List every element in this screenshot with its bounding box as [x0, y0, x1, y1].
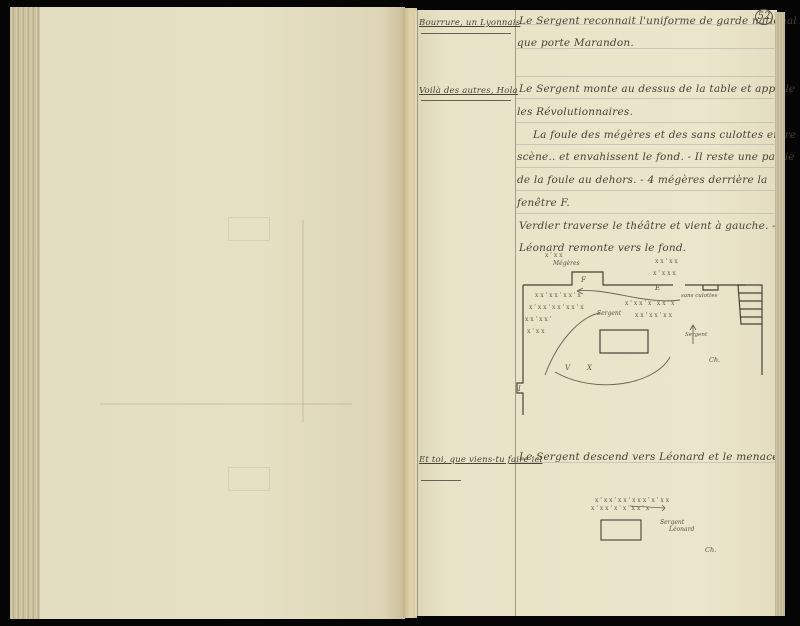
- svg-text:Léonard: Léonard: [668, 526, 694, 533]
- show-through-mark: [228, 217, 270, 241]
- svg-text:I: I: [517, 385, 521, 393]
- svg-text:x ' x x ' x x ' x x x ' x ' x: x ' x x ' x x ' x x x ' x ' x x: [595, 497, 670, 504]
- svg-text:x ' x x ' x x ' x x ' x: x ' x x ' x x ' x x ' x: [529, 304, 584, 311]
- svg-text:x ' x x x: x ' x x x: [653, 270, 676, 277]
- svg-text:Ch.: Ch.: [705, 546, 716, 554]
- svg-text:E: E: [654, 284, 660, 292]
- stage-plan-diagram: Mégères F E sans culottes Sergent Sergen…: [515, 245, 777, 420]
- stage-direction-line: scène.. et envahissent le fond. - Il res…: [517, 151, 795, 163]
- svg-text:x ' x x: x ' x x: [545, 252, 563, 259]
- svg-text:x ' x x: x ' x x: [527, 328, 545, 335]
- stage-plan-diagram-2: x ' x x ' x x ' x x x ' x ' x x x ' x x …: [585, 490, 745, 570]
- show-through-mark: [302, 220, 304, 422]
- svg-text:V: V: [565, 364, 571, 372]
- stage-direction-line: Le Sergent monte au dessus de la table e…: [519, 83, 795, 95]
- svg-text:Sergent: Sergent: [597, 310, 622, 317]
- stage-direction-line: Le Sergent descend vers Léonard et le me…: [519, 451, 782, 463]
- svg-text:x x ' x x: x x ' x x: [655, 258, 678, 265]
- stage-direction-line: fenêtre F.: [517, 197, 570, 209]
- right-page-edges: [775, 12, 785, 616]
- stage-direction-line: de la foule au dehors. - 4 mégères derri…: [517, 174, 767, 186]
- margin-rule: [417, 10, 418, 616]
- svg-text:sans culottes: sans culottes: [681, 293, 718, 299]
- svg-text:x ' x x ' x ' x ' x x ' x: x ' x x ' x ' x ' x x ' x: [591, 505, 650, 512]
- right-page: 52 Bourrure, un Lyonnais Le Sergent reco…: [415, 10, 777, 616]
- svg-text:x x ' x x ' x x ' x: x x ' x x ' x x ' x: [535, 292, 581, 299]
- stage-direction-line: Verdier traverse le théâtre et vient à g…: [519, 220, 776, 232]
- show-through-mark: [228, 467, 270, 491]
- svg-text:Sergent: Sergent: [685, 332, 708, 338]
- left-page-blank: [40, 7, 405, 619]
- stage-direction-line: La foule des mégères et des sans culotte…: [533, 129, 800, 141]
- svg-text:X: X: [586, 364, 593, 372]
- svg-text:Ch.: Ch.: [709, 356, 720, 364]
- svg-text:F: F: [580, 276, 587, 284]
- svg-text:x x ' x x ' x x: x x ' x x ' x x: [635, 312, 673, 319]
- diagram-label-megeres: Mégères: [552, 260, 580, 267]
- book-spread: 52 Bourrure, un Lyonnais Le Sergent reco…: [0, 0, 800, 626]
- svg-text:Sergent: Sergent: [660, 519, 685, 526]
- stage-direction-line: les Révolutionnaires.: [517, 106, 633, 118]
- svg-text:x x ' x x ': x x ' x x ': [525, 316, 552, 323]
- svg-text:x ' x x ' x ' x x ' x: x ' x x ' x ' x x ' x: [625, 300, 675, 307]
- stage-direction-line: Le Sergent reconnait l'uniforme de garde…: [519, 15, 797, 27]
- speaker-cue: Bourrure, un Lyonnais: [419, 18, 520, 28]
- stage-direction-line: que porte Marandon.: [517, 37, 634, 49]
- speaker-cue: Voilà des autres, Hola: [419, 86, 518, 96]
- show-through-mark: [100, 403, 352, 405]
